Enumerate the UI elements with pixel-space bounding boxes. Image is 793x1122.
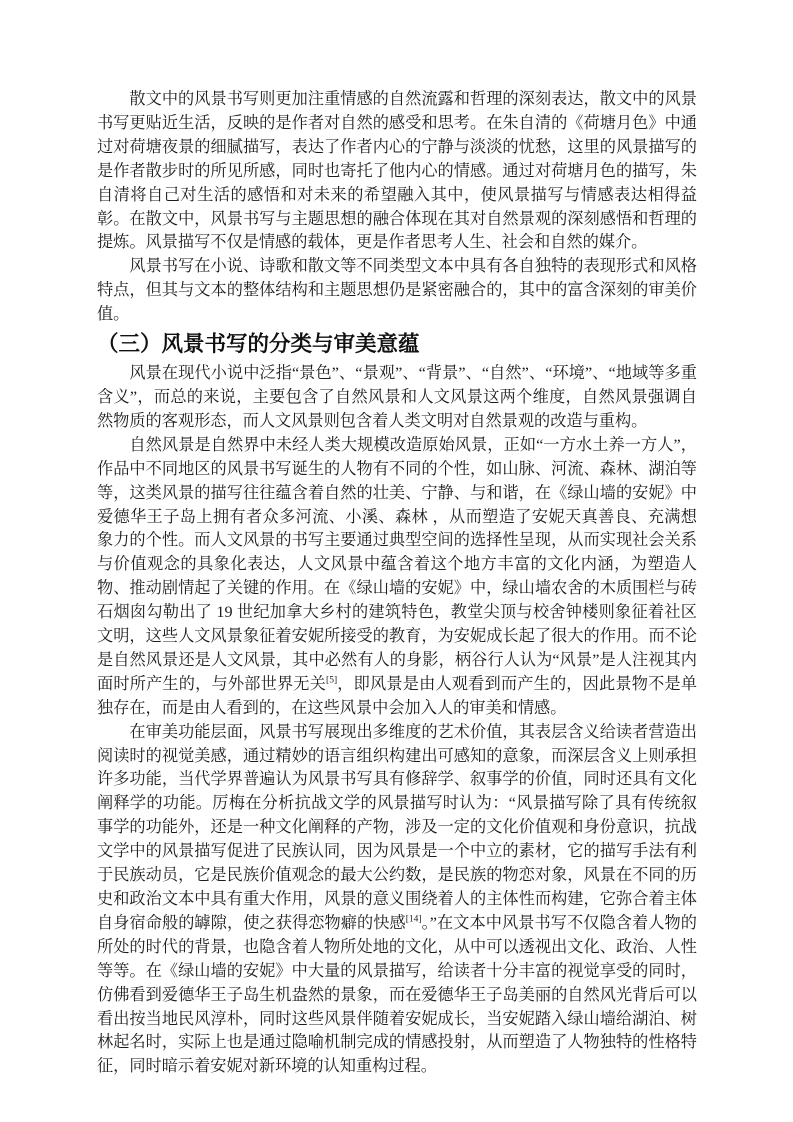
document-page: 散文中的风景书写则更加注重情感的自然流露和哲理的深刻表达，散文中的风景书写更贴近… [0, 0, 793, 1122]
text-run: 风景书写在小说、诗歌和散文等不同类型文本中具有各自独特的表现形式和风格特点，但其… [97, 257, 697, 323]
footnote-reference: [14] [406, 915, 422, 925]
paragraph: 散文中的风景书写则更加注重情感的自然流露和哲理的深刻表达，散文中的风景书写更贴近… [97, 88, 697, 255]
text-run: （三）风景书写的分类与审美意蕴 [97, 332, 420, 356]
text-run: 。”在文本中风景书写不仅隐含着人物的所处的时代的背景，也隐含着人物所处地的文化，… [97, 914, 697, 1075]
paragraph: 风景书写在小说、诗歌和散文等不同类型文本中具有各自独特的表现形式和风格特点，但其… [97, 255, 697, 327]
text-run: 风景在现代小说中泛指“景色”、“景观”、“背景”、“自然”、“环境”、“地域等多… [97, 364, 697, 430]
text-run: 自然风景是自然界中未经人类大规模改造原始风景，正如“一方水土养一方人”，作品中不… [97, 436, 697, 693]
document-body: 散文中的风景书写则更加注重情感的自然流露和哲理的深刻表达，散文中的风景书写更贴近… [97, 88, 697, 1079]
text-run: 在审美功能层面，风景书写展现出多维度的艺术价值，其表层含义给读者营造出阅读时的视… [97, 723, 697, 932]
text-run: 散文中的风景书写则更加注重情感的自然流露和哲理的深刻表达，散文中的风景书写更贴近… [97, 90, 697, 251]
footnote-reference: [5] [326, 675, 337, 685]
paragraph: 自然风景是自然界中未经人类大规模改造原始风景，正如“一方水土养一方人”，作品中不… [97, 434, 697, 721]
paragraph: 在审美功能层面，风景书写展现出多维度的艺术价值，其表层含义给读者营造出阅读时的视… [97, 721, 697, 1080]
paragraph: 风景在现代小说中泛指“景色”、“景观”、“背景”、“自然”、“环境”、“地域等多… [97, 362, 697, 434]
section-heading: （三）风景书写的分类与审美意蕴 [97, 330, 697, 359]
